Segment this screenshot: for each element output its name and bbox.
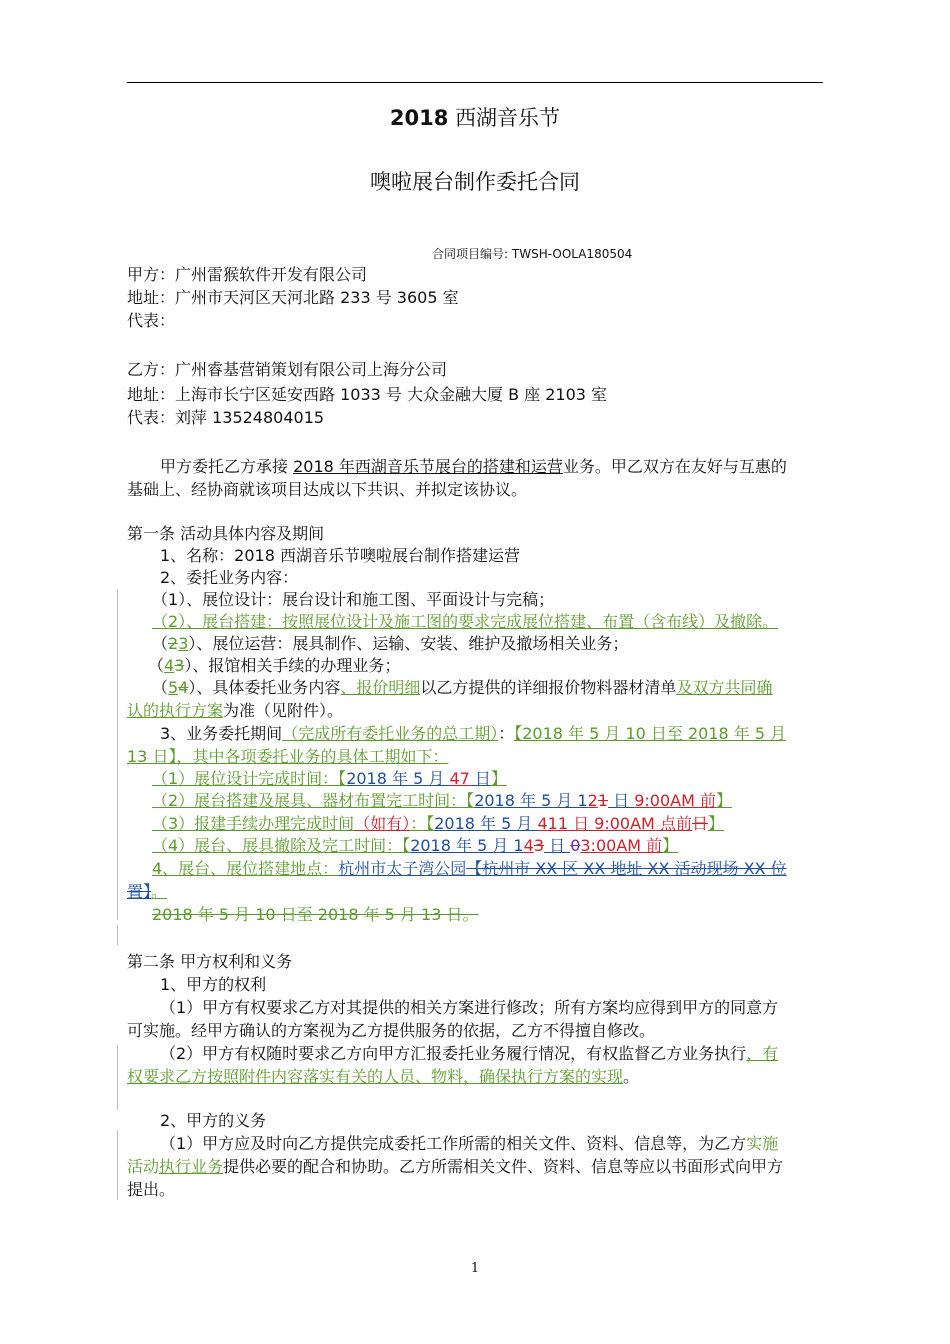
text: 3、业务委托期间	[160, 724, 282, 743]
sub-item-2-inserted: （2）、展台搭建：按照展位设计及施工图的要求完成展位搭建、布置（含布线）及撤除。	[152, 611, 778, 633]
inserted-text: （2）展台搭建及展具、器材布置完工时间：【	[152, 791, 474, 810]
inserted-text: 实施	[746, 1134, 778, 1153]
text: ）、展位运营：展具制作、运输、安装、维护及撤场相关业务；	[188, 634, 628, 653]
duties-title: 2、甲方的义务	[160, 1110, 266, 1132]
inserted-text: （4）展台、展具撤除及完工时间：【	[152, 836, 410, 855]
article-2-heading: 第二条 甲方权利和义务	[127, 951, 292, 973]
article-1-heading: 第一条 活动具体内容及期间	[127, 523, 324, 545]
sub-item-1: （1）、展位设计：展台设计和施工图、平面设计与完稿；	[152, 589, 554, 611]
inserted-text: 】	[491, 769, 507, 788]
contract-number-label: 合同项目编号:	[432, 247, 508, 261]
change-bar	[117, 590, 118, 920]
date-text: 2018 年 5 月 1	[474, 791, 587, 810]
deleted-text: 【杭州市 XX 区 XX 地址 XX 活动现场 XX 位	[466, 859, 786, 878]
revised-text: （如有）	[354, 814, 410, 833]
revised-text: 2	[588, 791, 598, 810]
party-b-name: 乙方：广州睿基营销策划有限公司上海分公司	[127, 359, 447, 381]
sub-item-3: （23）、展位运营：展具制作、运输、安装、维护及撤场相关业务；	[152, 633, 628, 655]
text: 业务。甲乙双方在友好与互惠的	[563, 457, 787, 476]
schedule-2: （2）展台搭建及展具、器材布置完工时间：【2018 年 5 月 121 日 9:…	[152, 790, 732, 812]
title-main: 西湖音乐节	[455, 106, 560, 130]
date-text: 2018 年 5 月	[346, 769, 449, 788]
text: （	[152, 634, 168, 653]
inserted-text: 执行业务	[159, 1157, 223, 1176]
inserted-text: 】	[708, 814, 724, 833]
duty-1-line-3: 提出。	[127, 1179, 175, 1201]
inserted-text: 权要求乙方按照附件内容落实有关的人员、物料，确保执行方案的实现	[127, 1067, 623, 1086]
text: （	[152, 678, 168, 697]
deleted-text: 3	[174, 656, 184, 675]
party-a-representative: 代表：	[127, 310, 175, 332]
article-1-item-3: 3、业务委托期间（完成所有委托业务的总工期）：【2018 年 5 月 10 日至…	[160, 723, 786, 745]
sub-item-4: （43）、报馆相关手续的办理业务；	[148, 655, 400, 677]
article-1-item-2: 2、委托业务内容：	[160, 567, 298, 589]
party-a-address: 地址：广州市天河区天河北路 233 号 3605 室	[127, 287, 459, 309]
revised-text: 3:00AM 前	[580, 836, 662, 855]
deleted-text: 日	[692, 814, 708, 833]
party-b-representative: 代表：刘萍 13524804015	[127, 407, 324, 429]
underlined-text: 2018 年西湖音乐节展台的搭建和运营	[293, 457, 563, 476]
revised-text: 4	[524, 836, 534, 855]
inserted-text: （3）报建手续办理完成时间	[152, 814, 354, 833]
inserted-text: 】	[662, 836, 678, 855]
duty-1-line-2: 活动执行业务提供必要的配合和协助。乙方所需相关文件、资料、信息等应以书面形式向甲…	[127, 1156, 783, 1178]
text: 以乙方提供的详细报价物料器材清单	[420, 678, 676, 697]
right-1-line-1: （1）甲方有权要求乙方对其提供的相关方案进行修改；所有方案均应得到甲方的同意方	[160, 997, 778, 1019]
date-text: 2018 年 5 月 1	[410, 836, 523, 855]
inserted-text: 活动	[127, 1157, 159, 1176]
date-text: 2018 年 5 月	[434, 814, 537, 833]
text: 为准（见附件）。	[223, 701, 343, 720]
text: （1）甲方应及时向乙方提供完成委托工作所需的相关文件、资料、信息等，为乙方	[160, 1134, 746, 1153]
deleted-text: 置】	[127, 882, 151, 901]
change-bar	[117, 925, 118, 945]
document-page: 2018 西湖音乐节 噢啦展台制作委托合同 合同项目编号: TWSH-OOLA1…	[0, 0, 950, 1344]
inserted-text: （完成所有委托业务的总工期）	[282, 724, 498, 743]
inserted-text: 5	[168, 678, 178, 697]
date-text: 日	[544, 836, 570, 855]
duty-1-line-1: （1）甲方应及时向乙方提供完成委托工作所需的相关文件、资料、信息等，为乙方实施	[160, 1133, 778, 1155]
document-subtitle: 噢啦展台制作委托合同	[0, 166, 950, 196]
contract-number: 合同项目编号: TWSH-OOLA180504	[432, 245, 632, 262]
revised-text: 9:00AM 前	[634, 791, 716, 810]
inserted-text: 4、展台、展位搭建地点：	[152, 859, 338, 878]
inserted-text: 【2018 年 5 月 10 日至 2018 年 5 月	[514, 724, 786, 743]
party-b-address: 地址：上海市长宁区延安西路 1033 号 大众金融大厦 B 座 2103 室	[127, 384, 607, 406]
text: ）、报馆相关手续的办理业务；	[184, 656, 400, 675]
deleted-text: 1	[598, 791, 608, 810]
sub-item-5: （54）、具体委托业务内容、报价明细以乙方提供的详细报价物料器材清单及双方共同确	[152, 677, 772, 699]
preamble-line-1: 甲方委托乙方承接 2018 年西湖音乐节展台的搭建和运营业务。甲乙双方在友好与互…	[160, 456, 787, 478]
inserted-text: （1）展位设计完成时间：【	[152, 769, 346, 788]
inserted-text: 、报价明细	[340, 678, 420, 697]
right-1-line-2: 可实施。经甲方确认的方案视为乙方提供服务的依据，乙方不得擅自修改。	[127, 1020, 655, 1042]
deleted-text: 4	[178, 678, 188, 697]
change-bar	[117, 1130, 118, 1200]
title-year: 2018	[390, 106, 448, 130]
revised-text: 4	[449, 769, 459, 788]
contract-number-value: TWSH-OOLA180504	[512, 247, 632, 261]
page-number: 1	[0, 1261, 950, 1276]
party-a-name: 甲方：广州雷猴软件开发有限公司	[127, 264, 367, 286]
article-1-item-3-cont: 13 日】，其中各项委托业务的具体工期如下：	[127, 746, 448, 768]
rights-title: 1、甲方的权利	[160, 974, 266, 996]
preamble-line-2: 基础上、经协商就该项目达成以下共识、并拟定该协议。	[127, 479, 527, 501]
deleted-text: 2	[168, 634, 178, 653]
schedule-4: （4）展台、展具撤除及完工时间：【2018 年 5 月 143 日 03:00A…	[152, 835, 678, 857]
inserted-text: 4	[164, 656, 174, 675]
inserted-text: 】	[716, 791, 732, 810]
inserted-text: 及双方共同确	[676, 678, 772, 697]
text: 提供必要的配合和协助。乙方所需相关文件、资料、信息等应以书面形式向甲方	[223, 1157, 783, 1176]
deleted-period-line: 2018 年 5 月 10 日至 2018 年 5 月 13 日。	[152, 904, 478, 926]
document-title: 2018 西湖音乐节	[0, 102, 950, 132]
text: （	[148, 656, 164, 675]
text: 。	[623, 1067, 639, 1086]
inserted-text: 。	[151, 882, 167, 901]
deleted-text: 0	[570, 836, 580, 855]
article-1-item-1: 1、名称：2018 西湖音乐节噢啦展台制作搭建运营	[160, 545, 520, 567]
right-2-line-2: 权要求乙方按照附件内容落实有关的人员、物料，确保执行方案的实现。	[127, 1066, 639, 1088]
revised-text: 411 日 9:00AM 点前	[537, 814, 691, 833]
text: ）、具体委托业务内容	[188, 678, 340, 697]
article-1-item-4-cont: 置】。	[127, 881, 167, 903]
inserted-text: 3	[178, 634, 188, 653]
text: ：	[498, 724, 514, 743]
text: 甲方委托乙方承接	[160, 457, 293, 476]
deleted-text: 3	[534, 836, 544, 855]
text: （2）甲方有权随时要求乙方向甲方汇报委托业务履行情况，有权监督乙方业务执行	[160, 1044, 746, 1063]
article-1-item-4: 4、展台、展位搭建地点：杭州市太子湾公园【杭州市 XX 区 XX 地址 XX 活…	[152, 858, 787, 880]
inserted-text: 认的执行方案	[127, 701, 223, 720]
right-2-line-1: （2）甲方有权随时要求乙方向甲方汇报委托业务履行情况，有权监督乙方业务执行，有	[160, 1043, 778, 1065]
inserted-text: ，有	[746, 1044, 778, 1063]
date-text: 日	[470, 769, 491, 788]
inserted-text: ：【	[410, 814, 434, 833]
date-text: 日	[608, 791, 634, 810]
revised-text: 7	[460, 769, 470, 788]
schedule-3: （3）报建手续办理完成时间（如有）：【2018 年 5 月 411 日 9:00…	[152, 813, 724, 835]
location-text: 杭州市太子湾公园	[338, 859, 466, 878]
schedule-1: （1）展位设计完成时间：【2018 年 5 月 47 日】	[152, 768, 507, 790]
change-bar	[117, 1045, 118, 1110]
header-rule	[127, 82, 823, 83]
sub-item-5-cont: 认的执行方案为准（见附件）。	[127, 700, 343, 722]
